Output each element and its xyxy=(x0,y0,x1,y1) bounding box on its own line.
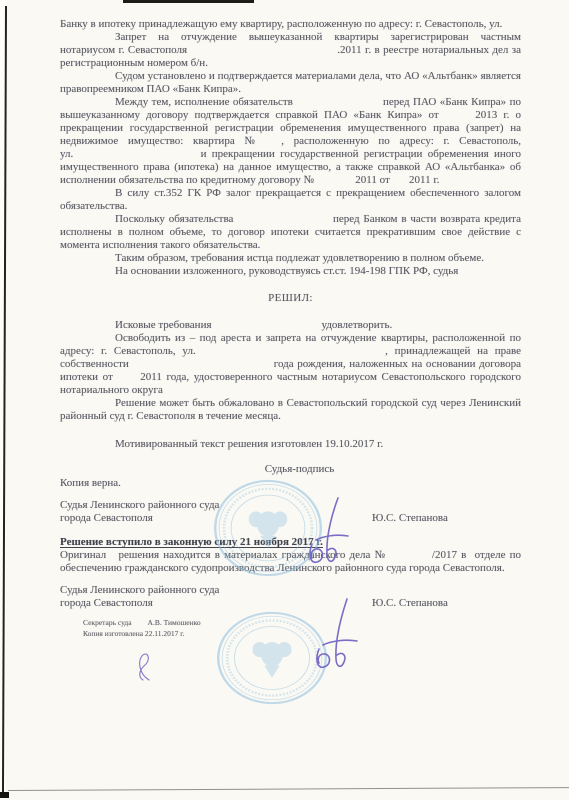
resolution-heading: РЕШИЛ: xyxy=(60,292,521,305)
scan-bottom-corner-mark xyxy=(0,792,9,798)
paragraph-mortgage-intro: Банку в ипотеку принадлежащую ему кварти… xyxy=(60,18,521,31)
paragraph-pledge-terminated: Поскольку обязательства перед Банком в ч… xyxy=(60,213,521,252)
copy-made-date-line: Копия изготовлена 22.11.2017 г. xyxy=(83,628,521,639)
paragraph-ban-registration: Запрет на отчуждение вышеуказанной кварт… xyxy=(60,31,521,70)
motivated-text-date-line: Мотивированный текст решения изготовлен … xyxy=(60,438,521,451)
secretary-title: Секретарь суда xyxy=(83,617,132,628)
paragraph-claims-granted: Исковые требования удовлетворить. xyxy=(60,319,521,332)
paragraph-court-established: Судом установлено и подтверждается матер… xyxy=(60,70,521,96)
coat-of-arms-eagle xyxy=(252,642,291,678)
judge-title-line1: Судья Ленинского районного суда xyxy=(60,584,521,597)
original-location-note: Оригинал решения находится в материалах … xyxy=(60,549,521,575)
judge-name: Ю.С. Степанова xyxy=(372,597,448,610)
paragraph-obligations-fulfilled: Между тем, исполнение обязательств перед… xyxy=(60,96,521,187)
secretary-name: А.В. Тимошенко xyxy=(148,617,201,628)
judge-title-line2: города Севастополя xyxy=(60,512,153,524)
paragraph-appeal-procedure: Решение может быть обжаловано в Севастоп… xyxy=(60,397,521,423)
document-text-area: Банку в ипотеку принадлежащую ему кварти… xyxy=(60,18,521,639)
judge-title-line1: Судья Ленинского районного суда xyxy=(60,499,521,512)
paragraph-release-from-arrest: Освободить из – под ареста и запрета на … xyxy=(60,332,521,397)
secretary-handwritten-signature xyxy=(131,652,155,682)
paragraph-legal-basis: На основании изложенного, руководствуясь… xyxy=(60,265,521,278)
scanned-court-decision-page: Банку в ипотеку принадлежащую ему кварти… xyxy=(0,0,569,800)
copy-valid-note: Копия верна. xyxy=(60,477,521,490)
judge-attestation-block-1: Судья Ленинского районного суда города С… xyxy=(60,499,521,525)
secretary-block: Секретарь суда А.В. Тимошенко Копия изго… xyxy=(83,617,521,639)
scan-top-edge-mark xyxy=(123,0,254,3)
judge-name: Ю.С. Степанова xyxy=(372,512,448,525)
paragraph-claims-satisfied: Таким образом, требования истца подлежат… xyxy=(60,252,521,265)
scan-bottom-edge-line xyxy=(8,787,569,791)
legal-force-statement: Решение вступило в законную силу 21 нояб… xyxy=(60,536,521,549)
paragraph-article-352: В силу ст.352 ГК РФ залог прекращается с… xyxy=(60,187,521,213)
judge-title-line2: города Севастополя xyxy=(60,597,153,609)
judge-signature-label: Судья-подпись xyxy=(60,463,521,476)
stray-scan-mark: , xyxy=(260,28,263,40)
judge-attestation-block-2: Судья Ленинского районного суда города С… xyxy=(60,584,521,610)
